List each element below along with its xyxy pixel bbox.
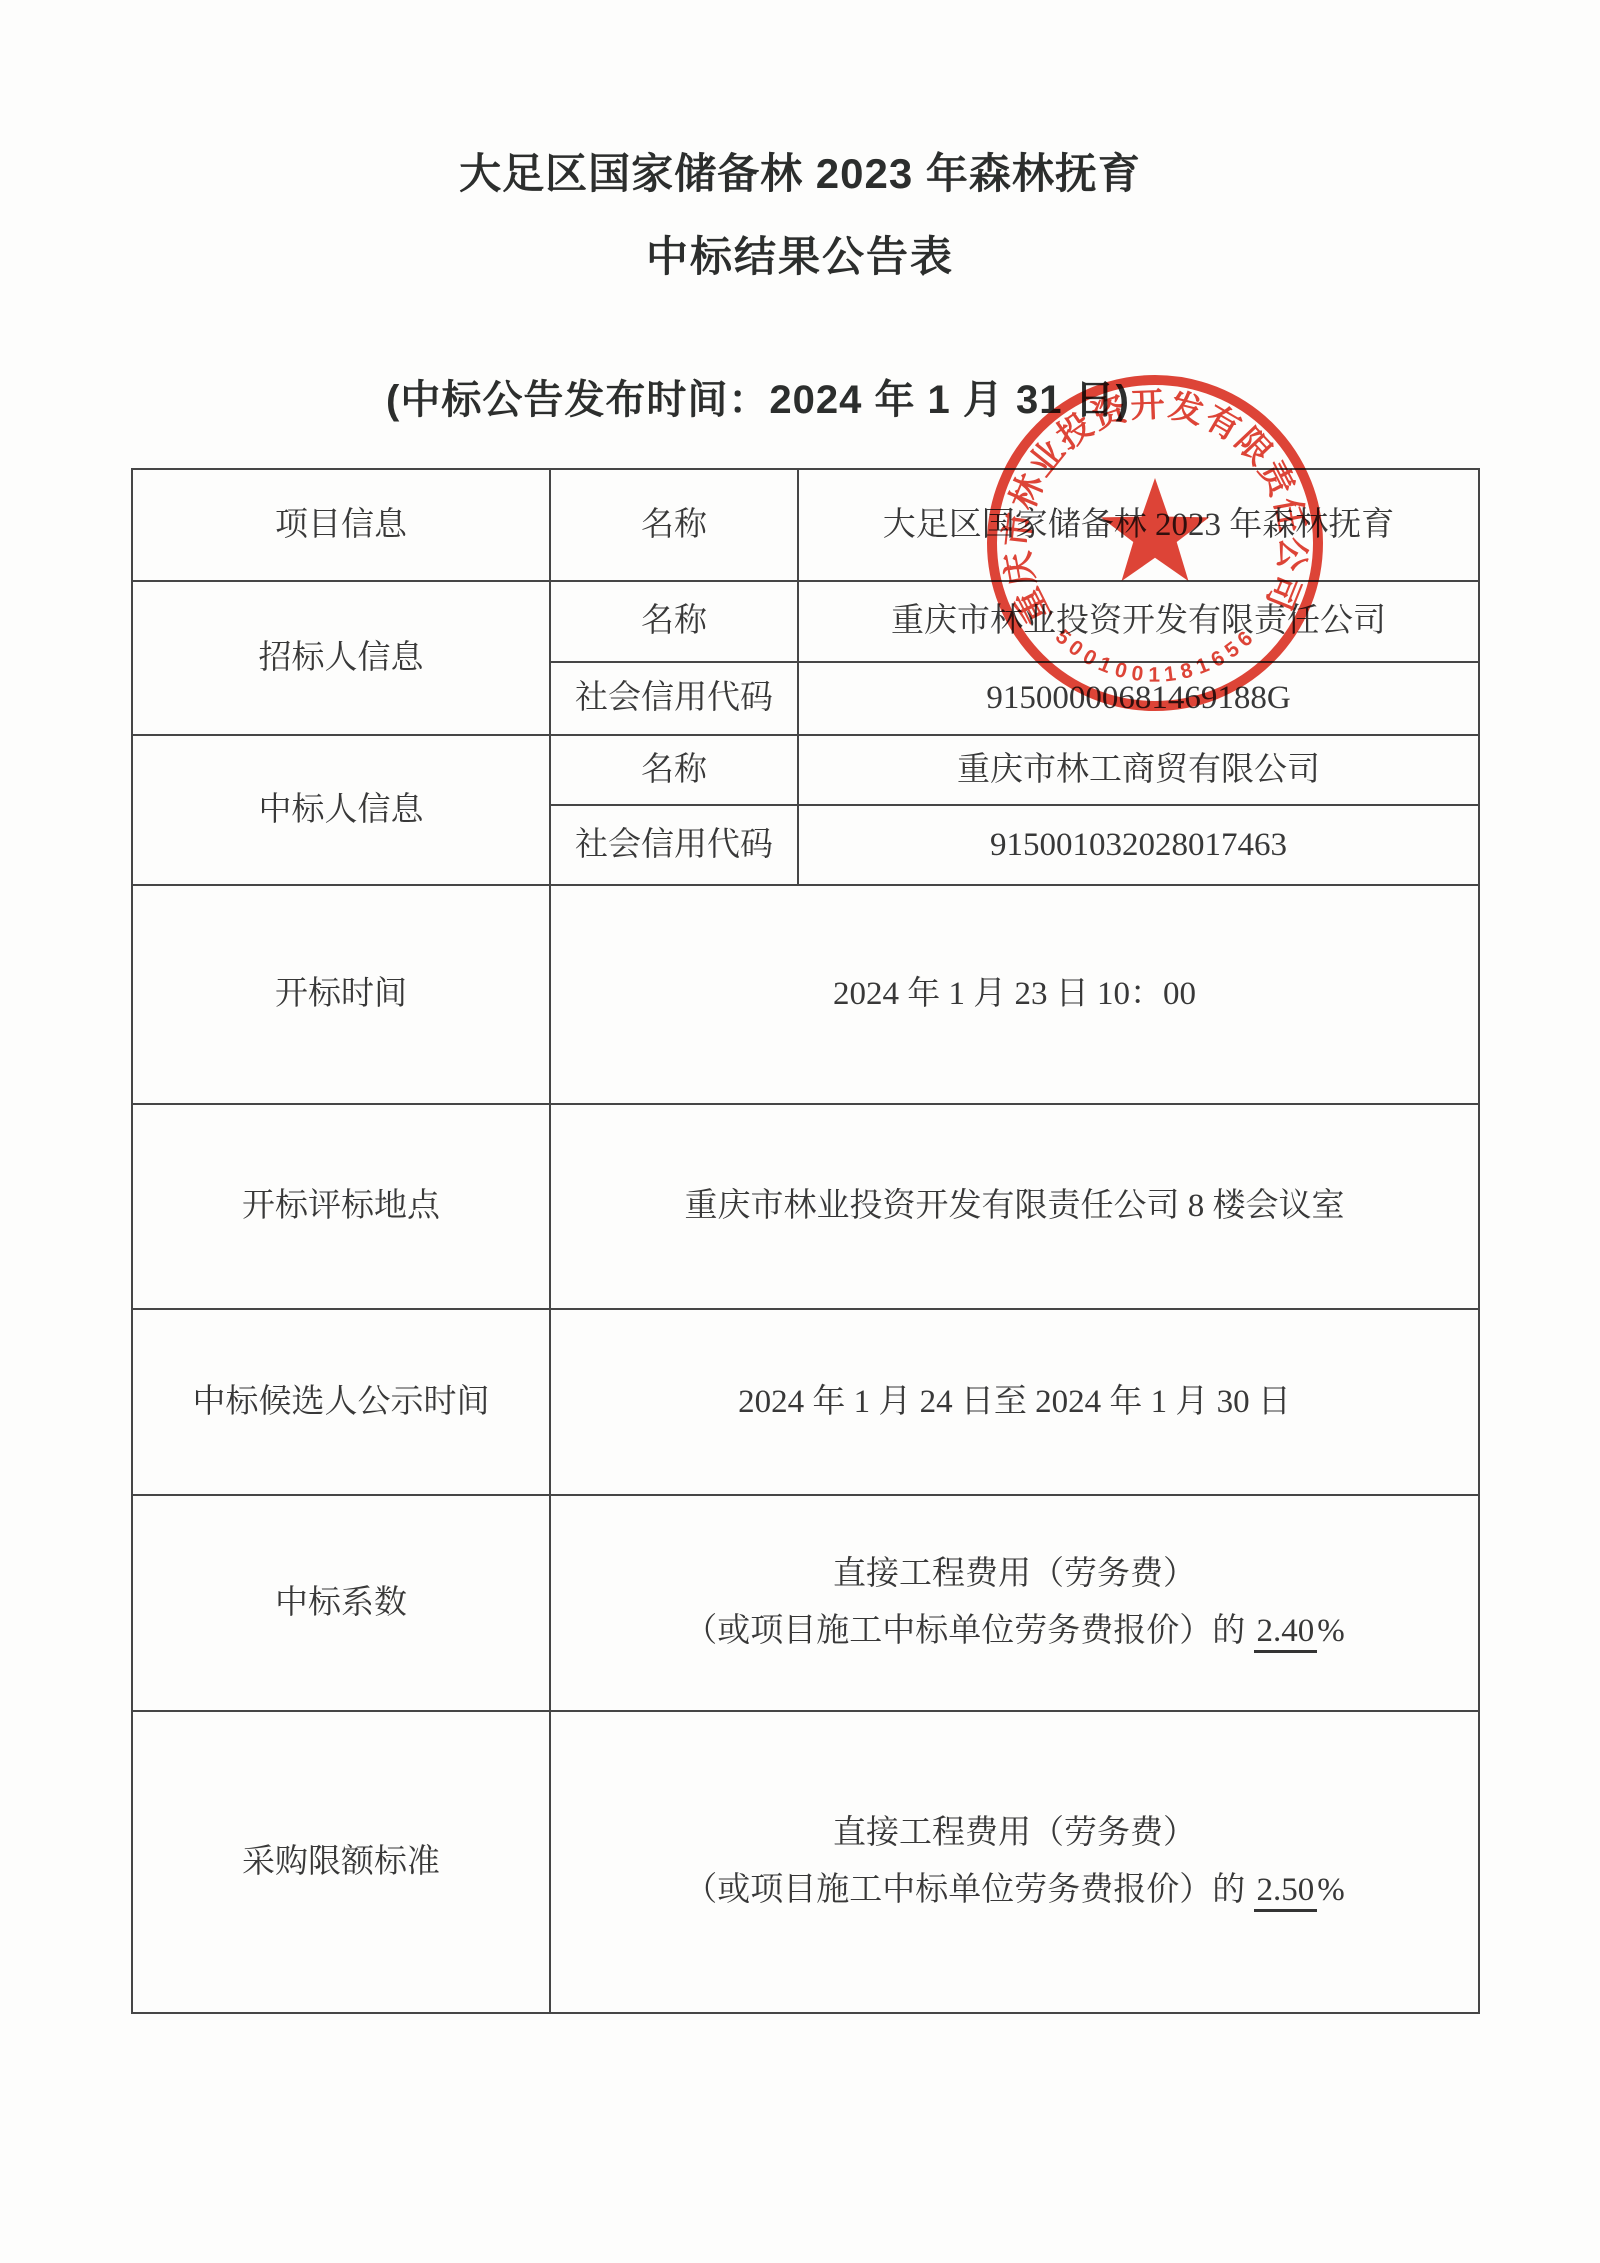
winning-coefficient-label: 中标系数 <box>132 1495 550 1711</box>
candidate-publicity-label: 中标候选人公示时间 <box>132 1309 550 1495</box>
table-row: 中标系数 直接工程费用（劳务费） （或项目施工中标单位劳务费报价）的 2.40% <box>132 1495 1479 1711</box>
table-row: 开标时间 2024 年 1 月 23 日 10：00 <box>132 885 1479 1104</box>
winner-credit-key: 社会信用代码 <box>550 805 798 885</box>
announcement-sheet: 大足区国家储备林 2023 年森林抚育 中标结果公告表 (中标公告发布时间：20… <box>0 0 1600 2263</box>
table-row: 采购限额标准 直接工程费用（劳务费） （或项目施工中标单位劳务费报价）的 2.5… <box>132 1711 1479 2013</box>
document-title-line2: 中标结果公告表 <box>0 224 1600 284</box>
project-name-value: 大足区国家储备林 2023 年森林抚育 <box>798 469 1479 581</box>
bid-opening-place-value: 重庆市林业投资开发有限责任公司 8 楼会议室 <box>550 1104 1479 1309</box>
tenderer-credit-key: 社会信用代码 <box>550 662 798 735</box>
project-info-label: 项目信息 <box>132 469 550 581</box>
bid-result-table: 项目信息 名称 大足区国家储备林 2023 年森林抚育 招标人信息 名称 重庆市… <box>131 468 1480 2014</box>
bid-opening-place-label: 开标评标地点 <box>132 1104 550 1309</box>
tenderer-name-value: 重庆市林业投资开发有限责任公司 <box>798 581 1479 662</box>
table-row: 中标候选人公示时间 2024 年 1 月 24 日至 2024 年 1 月 30… <box>132 1309 1479 1495</box>
table-row: 开标评标地点 重庆市林业投资开发有限责任公司 8 楼会议室 <box>132 1104 1479 1309</box>
tenderer-credit-value: 91500000681469188G <box>798 662 1479 735</box>
winner-name-key: 名称 <box>550 735 798 805</box>
winner-credit-value: 915001032028017463 <box>798 805 1479 885</box>
tenderer-info-label: 招标人信息 <box>132 581 550 735</box>
procurement-limit-line2: （或项目施工中标单位劳务费报价）的 2.50% <box>557 1862 1472 1919</box>
publish-date-line: (中标公告发布时间：2024 年 1 月 31 日) <box>0 368 1558 425</box>
procurement-limit-label: 采购限额标准 <box>132 1711 550 2013</box>
winning-coefficient-line1: 直接工程费用（劳务费） <box>557 1546 1472 1603</box>
table-row: 中标人信息 名称 重庆市林工商贸有限公司 <box>132 735 1479 805</box>
winning-coefficient-line2: （或项目施工中标单位劳务费报价）的 2.40% <box>557 1603 1472 1660</box>
procurement-limit-number: 2.50 <box>1254 1872 1318 1912</box>
table-row: 项目信息 名称 大足区国家储备林 2023 年森林抚育 <box>132 469 1479 581</box>
table-row: 招标人信息 名称 重庆市林业投资开发有限责任公司 <box>132 581 1479 662</box>
bid-opening-time-value: 2024 年 1 月 23 日 10：00 <box>550 885 1479 1104</box>
winning-coefficient-number: 2.40 <box>1254 1613 1318 1653</box>
tenderer-name-key: 名称 <box>550 581 798 662</box>
percent-sign: % <box>1317 1872 1345 1908</box>
bid-opening-time-label: 开标时间 <box>132 885 550 1104</box>
winning-coefficient-value: 直接工程费用（劳务费） （或项目施工中标单位劳务费报价）的 2.40% <box>550 1495 1479 1711</box>
procurement-limit-line1: 直接工程费用（劳务费） <box>557 1805 1472 1862</box>
project-name-key: 名称 <box>550 469 798 581</box>
candidate-publicity-value: 2024 年 1 月 24 日至 2024 年 1 月 30 日 <box>550 1309 1479 1495</box>
winner-name-value: 重庆市林工商贸有限公司 <box>798 735 1479 805</box>
percent-sign: % <box>1317 1613 1345 1649</box>
document-title-line1: 大足区国家储备林 2023 年森林抚育 <box>0 141 1600 201</box>
procurement-limit-value: 直接工程费用（劳务费） （或项目施工中标单位劳务费报价）的 2.50% <box>550 1711 1479 2013</box>
winner-info-label: 中标人信息 <box>132 735 550 885</box>
